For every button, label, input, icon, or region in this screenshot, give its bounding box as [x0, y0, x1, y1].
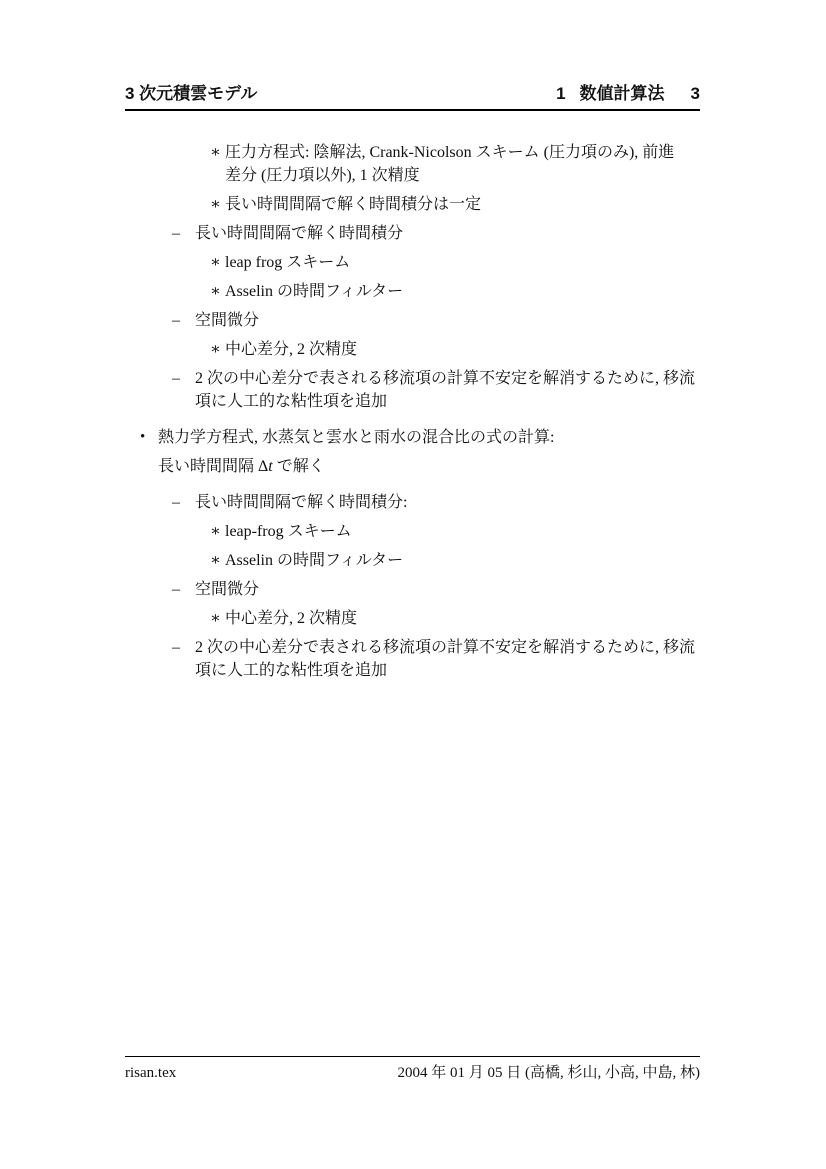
list-item-text: 中心差分, 2 次精度 — [225, 338, 700, 361]
page-footer: risan.tex 2004 年 01 月 05 日 (高橋, 杉山, 小高, … — [125, 1062, 700, 1084]
list-item-text: 空間微分 — [195, 578, 700, 601]
header-page-number: 3 — [691, 84, 700, 104]
header-rule — [125, 109, 700, 111]
paragraph-delta-t: 長い時間間隔 Δt で解く — [125, 455, 700, 478]
star-marker: ∗ — [210, 520, 221, 543]
footer-filename: risan.tex — [125, 1062, 176, 1084]
list-item: ∗ leap frog スキーム — [125, 251, 700, 274]
list-item-text: 熱力学方程式, 水蒸気と雲水と雨水の混合比の式の計算: — [158, 426, 700, 449]
star-marker: ∗ — [210, 251, 221, 274]
header-section-number: 1 — [556, 84, 565, 104]
list-item-text: 2 次の中心差分で表される移流項の計算不安定を解消するために, 移流 — [195, 636, 700, 659]
list-item-text: 長い時間間隔で解く時間積分は一定 — [225, 193, 700, 216]
list-item: • 熱力学方程式, 水蒸気と雲水と雨水の混合比の式の計算: — [125, 426, 700, 449]
list-item-text: 長い時間間隔で解く時間積分: — [195, 491, 700, 514]
header-section-info: 1 数値計算法 3 — [556, 84, 700, 104]
list-item: – 2 次の中心差分で表される移流項の計算不安定を解消するために, 移流 項に人… — [125, 367, 700, 413]
bullet-marker: • — [140, 426, 145, 449]
list-item-text: 項に人工的な粘性項を追加 — [195, 659, 700, 682]
document-page: 3 次元積雲モデル 1 数値計算法 3 ∗ 圧力方程式: 陰解法, Crank-… — [0, 0, 826, 1169]
dash-marker: – — [172, 309, 180, 332]
header-document-title: 3 次元積雲モデル — [125, 84, 257, 104]
dash-marker: – — [172, 491, 180, 514]
list-item: – 2 次の中心差分で表される移流項の計算不安定を解消するために, 移流 項に人… — [125, 636, 700, 682]
dash-marker: – — [172, 367, 180, 390]
list-item: ∗ 長い時間間隔で解く時間積分は一定 — [125, 193, 700, 216]
list-item: ∗ Asselin の時間フィルター — [125, 280, 700, 303]
list-item: – 長い時間間隔で解く時間積分 — [125, 222, 700, 245]
dash-marker: – — [172, 578, 180, 601]
list-item: – 空間微分 — [125, 578, 700, 601]
list-item-text: 2 次の中心差分で表される移流項の計算不安定を解消するために, 移流 — [195, 367, 700, 390]
list-item-text: Asselin の時間フィルター — [225, 549, 700, 572]
list-item: ∗ leap-frog スキーム — [125, 520, 700, 543]
list-item: – 空間微分 — [125, 309, 700, 332]
dash-marker: – — [172, 222, 180, 245]
star-marker: ∗ — [210, 338, 221, 361]
list-item: ∗ Asselin の時間フィルター — [125, 549, 700, 572]
star-marker: ∗ — [210, 607, 221, 630]
list-item: ∗ 中心差分, 2 次精度 — [125, 607, 700, 630]
star-marker: ∗ — [210, 549, 221, 572]
list-item-text: leap-frog スキーム — [225, 520, 700, 543]
star-marker: ∗ — [210, 280, 221, 303]
header-section-title: 数値計算法 — [580, 84, 665, 104]
star-marker: ∗ — [210, 141, 221, 164]
paragraph-text: で解く — [273, 458, 325, 475]
dash-marker: – — [172, 636, 180, 659]
page-header: 3 次元積雲モデル 1 数値計算法 3 — [125, 84, 700, 104]
footer-date-authors: 2004 年 01 月 05 日 (高橋, 杉山, 小高, 中島, 林) — [398, 1062, 701, 1084]
star-marker: ∗ — [210, 193, 221, 216]
list-item: – 長い時間間隔で解く時間積分: — [125, 491, 700, 514]
list-item: ∗ 圧力方程式: 陰解法, Crank-Nicolson スキーム (圧力項のみ… — [125, 141, 700, 187]
list-item-text: 空間微分 — [195, 309, 700, 332]
list-item-text: 差分 (圧力項以外), 1 次精度 — [225, 164, 700, 187]
list-item: ∗ 中心差分, 2 次精度 — [125, 338, 700, 361]
body-content: ∗ 圧力方程式: 陰解法, Crank-Nicolson スキーム (圧力項のみ… — [125, 141, 700, 682]
paragraph-text: 長い時間間隔 Δ — [158, 458, 268, 475]
list-item-text: Asselin の時間フィルター — [225, 280, 700, 303]
footer-rule — [125, 1056, 700, 1057]
list-item-text: 圧力方程式: 陰解法, Crank-Nicolson スキーム (圧力項のみ),… — [225, 141, 700, 164]
list-item-text: 中心差分, 2 次精度 — [225, 607, 700, 630]
list-item-text: 長い時間間隔で解く時間積分 — [195, 222, 700, 245]
list-item-text: 項に人工的な粘性項を追加 — [195, 390, 700, 413]
list-item-text: leap frog スキーム — [225, 251, 700, 274]
